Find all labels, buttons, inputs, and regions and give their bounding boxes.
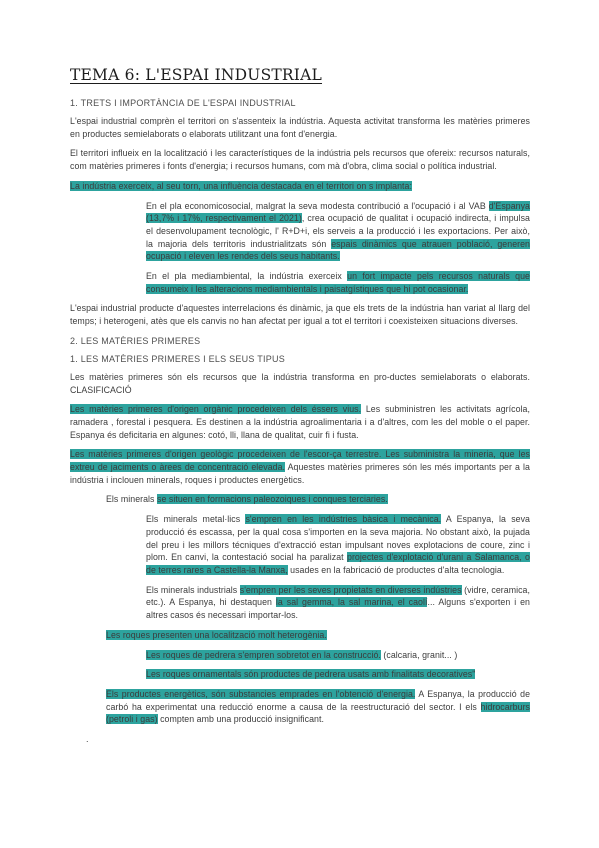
section-heading: 2. LES MATÈRIES PRIMERES [70, 335, 530, 347]
text-run: 2. LES MATÈRIES PRIMERES [70, 336, 200, 346]
paragraph: En el pla mediambiental, la indústria ex… [146, 270, 530, 295]
paragraph: El territori influeix en la localització… [70, 147, 530, 172]
paragraph: En el pla economicosocial, malgrat la se… [146, 200, 530, 264]
paragraph: Les roques de pedrera s'empren sobretot … [146, 649, 530, 662]
paragraph: Les matèries primeres són els recursos q… [70, 371, 530, 396]
paragraph: Els minerals metal·lics s'empren en les … [146, 513, 530, 577]
text-run: En el pla mediambiental, la indústria ex… [146, 271, 347, 281]
document-title: TEMA 6: L'ESPAI INDUSTRIAL [70, 66, 530, 85]
paragraph: Les matèries primeres d'origen orgànic p… [70, 403, 530, 441]
document-body: 1. TRETS I IMPORTÀNCIA DE L'ESPAI INDUST… [70, 97, 530, 726]
highlighted-text: Les roques de pedrera s'empren sobretot … [146, 650, 381, 660]
paragraph: L'espai industrial producte d'aquestes i… [70, 302, 530, 327]
highlighted-text: se situen en formacions paleozoiques i c… [157, 494, 388, 504]
paragraph: Les roques ornamentals són productes de … [146, 668, 530, 681]
text-run: usades en la fabricació de productes d'a… [288, 565, 505, 575]
stray-mark: . [86, 734, 89, 744]
document-page: TEMA 6: L'ESPAI INDUSTRIAL 1. TRETS I IM… [0, 0, 599, 848]
paragraph: Els minerals se situen en formacions pal… [106, 493, 530, 506]
text-run: En el pla economicosocial, malgrat la se… [146, 201, 489, 211]
highlighted-text: La indústria exerceix, al seu torn, una … [70, 181, 412, 191]
highlighted-text: Els productes energètics, són substancie… [106, 689, 415, 699]
text-run: (calcaria, granit... ) [381, 650, 457, 660]
highlighted-text: Les matèries primeres d'origen orgànic p… [70, 404, 361, 414]
highlighted-text: la sal gemma, la sal marina, el caolí [276, 597, 428, 607]
paragraph: Els productes energètics, són substancie… [106, 688, 530, 726]
text-run: L'espai industrial comprèn el territori … [70, 116, 530, 139]
paragraph: Els minerals industrials s'empren per le… [146, 584, 530, 622]
paragraph: L'espai industrial comprèn el territori … [70, 115, 530, 140]
section-heading: 1. LES MATÈRIES PRIMERES I ELS SEUS TIPU… [70, 353, 530, 365]
paragraph: La indústria exerceix, al seu torn, una … [70, 180, 530, 193]
highlighted-text: s'empren per les seves propietats en div… [240, 585, 462, 595]
text-run: Els minerals industrials [146, 585, 240, 595]
highlighted-text: s'empren en les indústries bàsica i mecà… [245, 514, 441, 524]
text-run: 1. TRETS I IMPORTÀNCIA DE L'ESPAI INDUST… [70, 98, 296, 108]
text-run: 1. LES MATÈRIES PRIMERES I ELS SEUS TIPU… [70, 354, 285, 364]
text-run: Les matèries primeres són els recursos q… [70, 372, 530, 395]
text-run: compten amb una producció insignificant. [158, 714, 324, 724]
text-run: L'espai industrial producte d'aquestes i… [70, 303, 530, 326]
section-heading: 1. TRETS I IMPORTÀNCIA DE L'ESPAI INDUST… [70, 97, 530, 109]
highlighted-text: Les roques presenten una localització mo… [106, 630, 327, 640]
paragraph: Les roques presenten una localització mo… [106, 629, 530, 642]
highlighted-text: Les roques ornamentals són productes de … [146, 669, 475, 679]
text-run: Els minerals [106, 494, 157, 504]
text-run: Els minerals metal·lics [146, 514, 245, 524]
paragraph: Les matèries primeres d'origen geològic … [70, 448, 530, 486]
text-run: El territori influeix en la localització… [70, 148, 530, 171]
